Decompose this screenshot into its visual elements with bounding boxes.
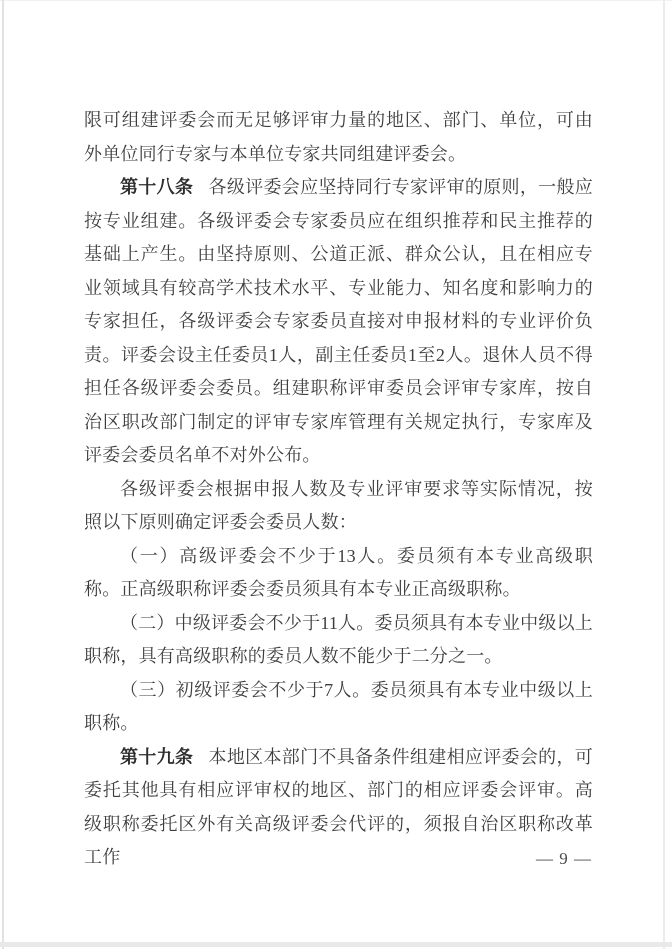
document-body: 限可组建评委会而无足够评审力量的地区、部门、单位，可由外单位同行专家与本单位专家… bbox=[84, 104, 593, 875]
paragraph-article-18: 第十八条各级评委会应坚持同行专家评审的原则，一般应按专业组建。各级评委会专家委员… bbox=[84, 171, 593, 473]
paragraph-continuation-text: 限可组建评委会而无足够评审力量的地区、部门、单位，可由外单位同行专家与本单位专家… bbox=[84, 110, 593, 164]
page-edge-left bbox=[2, 0, 4, 949]
paragraph-article-19: 第十九条本地区本部门不具备条件组建相应评委会的，可委托其他具有相应评审权的地区、… bbox=[84, 741, 593, 875]
page-edge-bottom bbox=[0, 942, 672, 947]
article-19-heading: 第十九条 bbox=[120, 747, 193, 767]
paragraph-item-1-senior-committee: （一）高级评委会不少于13人。委员须有本专业高级职称。正高级职称评委会委员须具有… bbox=[84, 540, 593, 607]
article-18-text: 各级评委会应坚持同行专家评审的原则，一般应按专业组建。各级评委会专家委员应在组织… bbox=[84, 177, 593, 465]
document-page: 限可组建评委会而无足够评审力量的地区、部门、单位，可由外单位同行专家与本单位专家… bbox=[0, 0, 672, 949]
committee-size-intro-text: 各级评委会根据申报人数及专业评审要求等实际情况，按照以下原则确定评委会委员人数： bbox=[84, 479, 593, 533]
paragraph-committee-size-intro: 各级评委会根据申报人数及专业评审要求等实际情况，按照以下原则确定评委会委员人数： bbox=[84, 473, 593, 540]
paragraph-continuation: 限可组建评委会而无足够评审力量的地区、部门、单位，可由外单位同行专家与本单位专家… bbox=[84, 104, 593, 171]
page-edge-right bbox=[663, 0, 665, 949]
paragraph-item-3-junior-committee: （三）初级评委会不少于7人。委员须具有本专业中级以上职称。 bbox=[84, 674, 593, 741]
article-18-heading: 第十八条 bbox=[120, 177, 193, 197]
page-number: — 9 — bbox=[536, 849, 592, 869]
item-2-text: （二）中级评委会不少于11人。委员须具有本专业中级以上职称，具有高级职称的委员人… bbox=[84, 613, 593, 667]
paragraph-item-2-intermediate-committee: （二）中级评委会不少于11人。委员须具有本专业中级以上职称，具有高级职称的委员人… bbox=[84, 607, 593, 674]
item-1-text: （一）高级评委会不少于13人。委员须有本专业高级职称。正高级职称评委会委员须具有… bbox=[84, 546, 593, 600]
page-edge-top bbox=[0, 0, 672, 1]
item-3-text: （三）初级评委会不少于7人。委员须具有本专业中级以上职称。 bbox=[84, 680, 593, 734]
